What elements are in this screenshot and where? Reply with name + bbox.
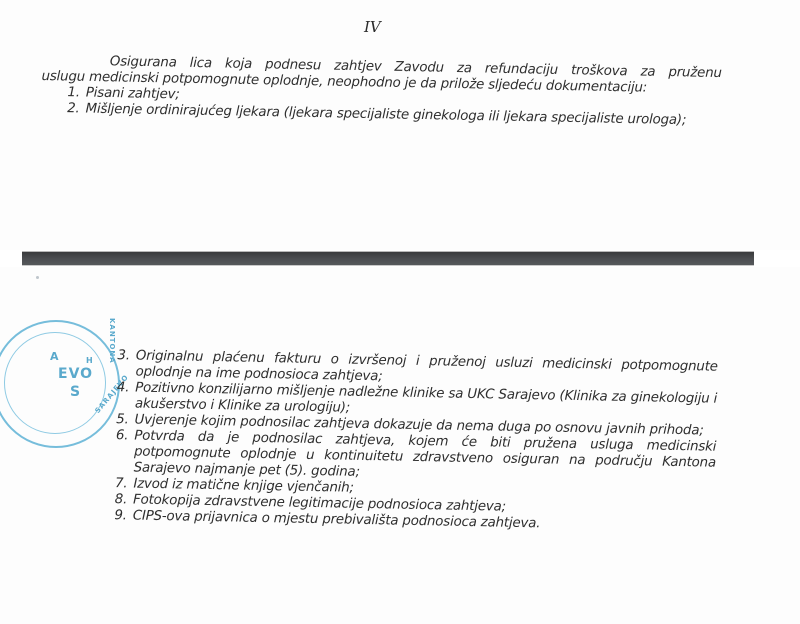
list-item-number: 5. [106,412,128,428]
page-divider-bar [22,251,754,266]
stamp-fragment: H [86,356,94,365]
stamp-fragment: EVO [58,366,93,382]
required-documents-list-bottom: 3. Originalnu plaćenu fakturu o izvršeno… [105,348,718,536]
stamp-fragment: A [50,350,60,363]
list-item-number: 9. [105,508,127,524]
section-heading: IV [364,18,381,36]
list-item-number: 3. [108,348,130,364]
list-item-number: 1. [58,85,80,101]
scan-speck [36,276,39,279]
list-item-number: 4. [107,380,129,396]
list-item-number: 8. [105,492,127,508]
stamp-fragment: S [70,384,81,400]
list-item-number: 7. [105,476,127,492]
list-item-number: 2. [57,101,79,117]
list-item-number: 6. [106,428,128,444]
